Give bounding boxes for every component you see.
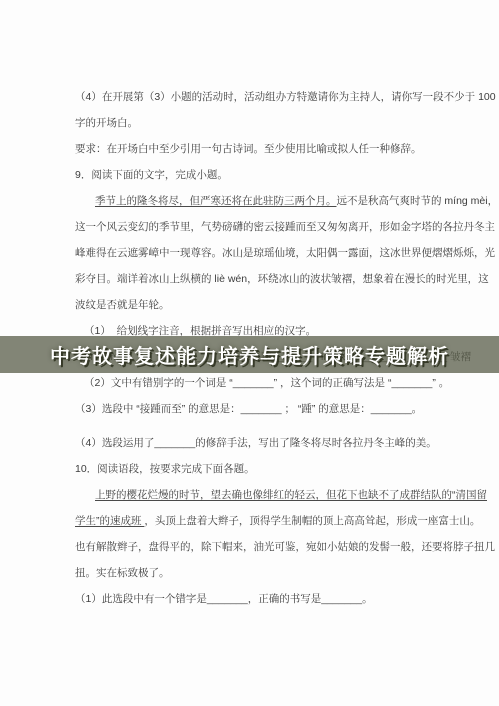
promo-banner[interactable]: 中考故事复述能力培养与提升策略专题解析	[0, 336, 499, 373]
document-line: 上野的樱花烂熳的时节，望去确也像绯红的轻云，但花下也缺不了成群结队的“清国留	[75, 488, 475, 502]
text-segment: 要求：在开场白中至少引用一句古诗词。至少使用比喻或拟人任一种修辞。	[75, 143, 422, 155]
document-line: 峰难得在云遮雾嶂中一现尊容。冰山是琼瑶仙境，太阳偶一露面，这冰世界便熠熠烁烁，光	[75, 246, 475, 260]
document-line: 波纹是否就是年轮。	[75, 298, 475, 312]
text-segment: （3）选段中 “接踵而至” 的意思是：_______ ； “踵” 的意思是：__…	[75, 403, 422, 415]
document-line: （1）此选段中有一个错字是_______，正确的书写是_______。	[75, 592, 475, 606]
text-segment: 波纹是否就是年轮。	[75, 299, 170, 311]
document-line: 这一个风云变幻的季节里，气势磅礴的密云接踵而至又匆匆离开，形如金字塔的各拉丹冬主	[75, 220, 475, 234]
text-segment: 峰难得在云遮雾嶂中一现尊容。冰山是琼瑶仙境，太阳偶一露面，这冰世界便熠熠烁烁，光	[75, 247, 495, 259]
document-line: （2）文中有错别字的一个词是 “_______” ，这个词的正确写法是 “___…	[75, 376, 475, 390]
document-line: 要求：在开场白中至少引用一句古诗词。至少使用比喻或拟人任一种修辞。	[75, 142, 475, 156]
text-segment: 扭。实在标致极了。	[75, 567, 170, 579]
text-segment: ，头顶上盘着大辫子，顶得学生制帽的顶上高高耸起，形成一座富士山。	[144, 515, 480, 527]
text-segment: 也有解散辫子，盘得平的，除下帽来，油光可鉴，宛如小姑娘的发髻一般，还要将脖子扭几	[75, 541, 495, 553]
text-segment: 彩夺目。端详着冰山上纵横的 liè wén，环绕冰山的波状皱褶，想象着在漫长的时…	[75, 273, 489, 285]
text-segment: 字的开场白。	[75, 117, 138, 129]
document-line: 9．阅读下面的文字，完成小题。	[75, 168, 475, 182]
document-line: 扭。实在标致极了。	[75, 566, 475, 580]
text-segment: （1）此选段中有一个错字是_______，正确的书写是_______。	[75, 593, 373, 605]
document-line: （4）在开展第（3）小题的活动时，活动组办方特邀请你为主持人，请你写一段不少于 …	[75, 90, 475, 104]
underlined-text: 上野的樱花烂熳的时节，望去确也像绯红的轻云，但花下也缺不了成群结队的“清国留	[95, 489, 487, 501]
underlined-text: 学生”的速成班	[75, 515, 144, 527]
underlined-text: 季节上的隆冬将尽，但严寒还将在此驻防三两个月。	[95, 195, 337, 207]
text-segment: 这一个风云变幻的季节里，气势磅礴的密云接踵而至又匆匆离开，形如金字塔的各拉丹冬主	[75, 221, 495, 233]
document-line: 季节上的隆冬将尽，但严寒还将在此驻防三两个月。远不是秋高气爽时节的 míng m…	[75, 194, 475, 208]
document-line: 也有解散辫子，盘得平的，除下帽来，油光可鉴，宛如小姑娘的发髻一般，还要将脖子扭几	[75, 540, 475, 554]
text-segment: （4）在开展第（3）小题的活动时，活动组办方特邀请你为主持人，请你写一段不少于 …	[75, 91, 496, 103]
document-line: 字的开场白。	[75, 116, 475, 130]
document-line: 彩夺目。端详着冰山上纵横的 liè wén，环绕冰山的波状皱褶，想象着在漫长的时…	[75, 272, 475, 286]
document-line: （3）选段中 “接踵而至” 的意思是：_______ ； “踵” 的意思是：__…	[75, 402, 475, 416]
text-segment: 远不是秋高气爽时节的 míng mèi，	[337, 195, 499, 207]
document-line: （4）选段运用了_______的修辞手法，写出了隆冬将尽时各拉丹冬主峰的美。	[75, 436, 475, 450]
text-segment: 9．阅读下面的文字，完成小题。	[75, 169, 228, 181]
document-line: 10．阅读语段，按要求完成下面各题。	[75, 462, 475, 476]
text-segment: （4）选段运用了_______的修辞手法，写出了隆冬将尽时各拉丹冬主峰的美。	[75, 437, 437, 449]
banner-title: 中考故事复述能力培养与提升策略专题解析	[50, 340, 449, 369]
document-page: （4）在开展第（3）小题的活动时，活动组办方特邀请你为主持人，请你写一段不少于 …	[0, 0, 499, 706]
document-line: 学生”的速成班 ，头顶上盘着大辫子，顶得学生制帽的顶上高高耸起，形成一座富士山。	[75, 514, 475, 528]
text-segment: 10．阅读语段，按要求完成下面各题。	[75, 463, 255, 475]
text-segment: （2）文中有错别字的一个词是 “_______” ，这个词的正确写法是 “___…	[84, 377, 449, 389]
